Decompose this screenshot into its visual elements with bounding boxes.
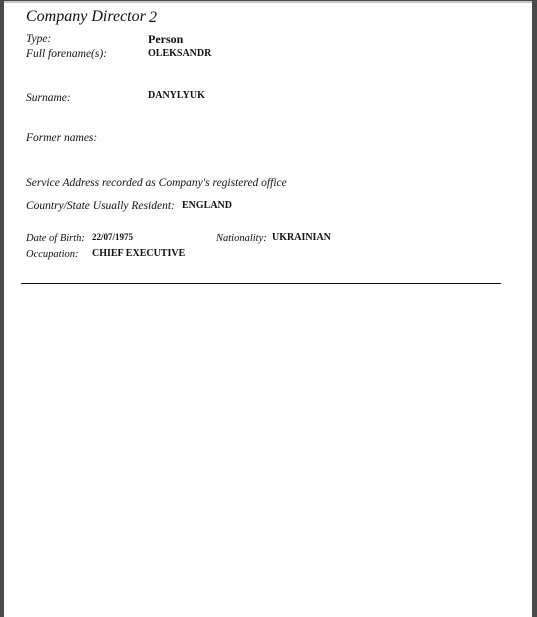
former-names-label: Former names:: [26, 132, 97, 144]
occupation-value: CHIEF EXECUTIVE: [92, 248, 185, 259]
surname-value: DANYLYUK: [148, 90, 205, 101]
occupation-label: Occupation:: [26, 249, 79, 260]
forenames-label: Full forename(s):: [26, 48, 107, 60]
type-value: Person: [148, 32, 183, 47]
section-divider: [21, 283, 501, 284]
director-number: 2: [149, 9, 157, 27]
document-page: Company Director 2 Type: Person Full for…: [4, 1, 532, 617]
country-label: Country/State Usually Resident:: [26, 200, 175, 212]
service-address-text: Service Address recorded as Company's re…: [26, 177, 287, 189]
dob-label: Date of Birth:: [26, 233, 85, 244]
forenames-value: OLEKSANDR: [148, 48, 211, 59]
country-value: ENGLAND: [182, 200, 232, 211]
section-title: Company Director: [26, 8, 146, 26]
nationality-value: UKRAINIAN: [272, 232, 331, 243]
nationality-label: Nationality:: [216, 233, 267, 244]
dob-value: 22/07/1975: [92, 232, 133, 242]
surname-label: Surname:: [26, 92, 71, 104]
type-label: Type:: [26, 33, 51, 45]
